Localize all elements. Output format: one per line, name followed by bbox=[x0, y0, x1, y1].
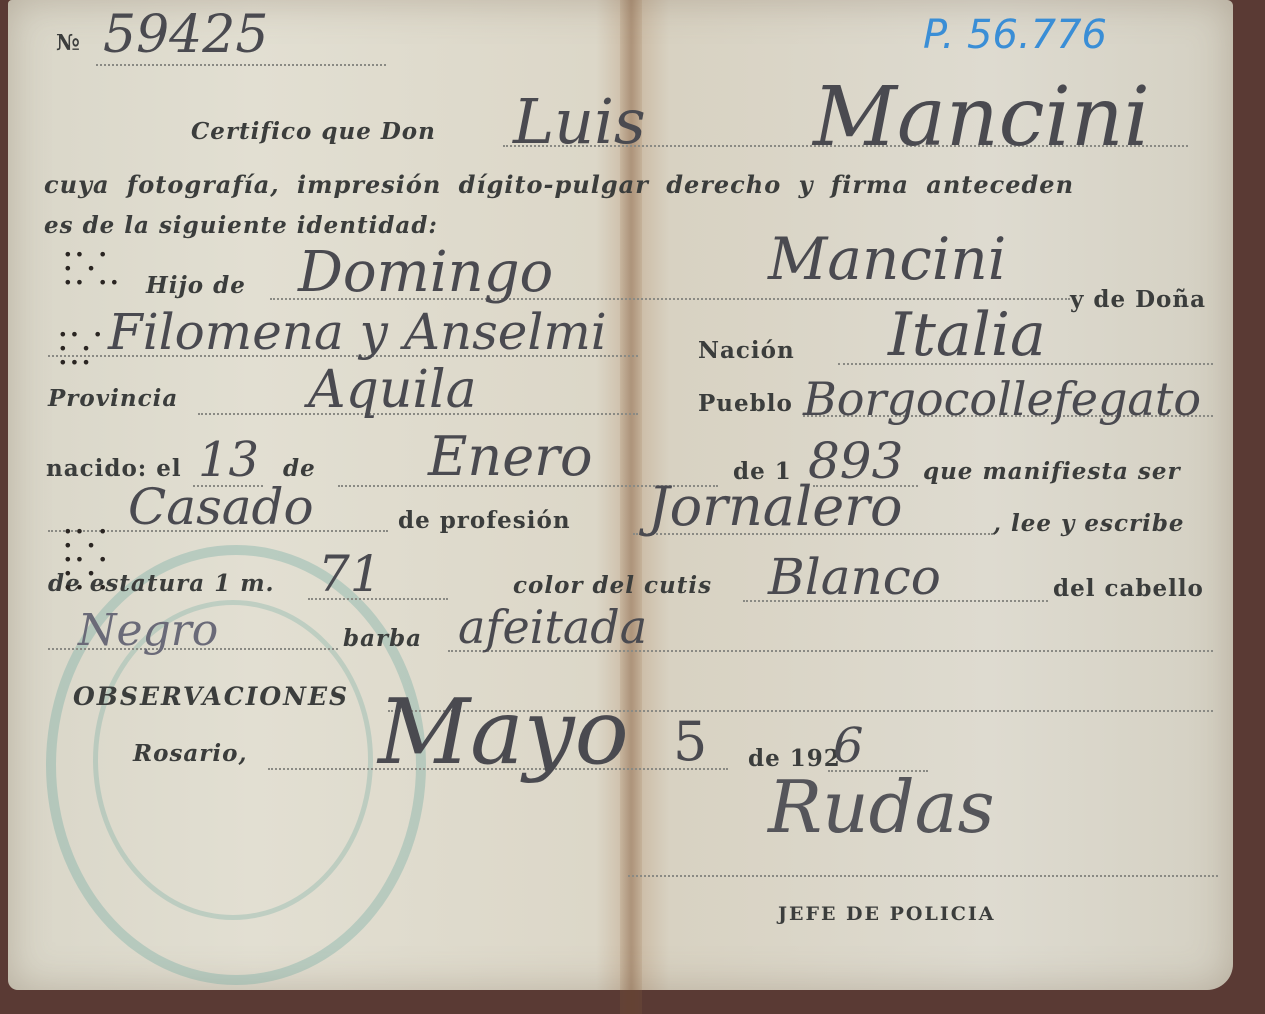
rosario-label: Rosario, bbox=[133, 740, 248, 767]
lee-escribe-label: , lee y escribe bbox=[993, 510, 1185, 537]
number-label: № bbox=[56, 30, 81, 56]
certifico-label: Certifico que Don bbox=[191, 118, 436, 145]
province-value: Aquila bbox=[308, 360, 477, 420]
color-cutis-label: color del cutis bbox=[513, 572, 712, 599]
civil-status: Casado bbox=[128, 478, 314, 536]
que-manifiesta-label: que manifiesta ser bbox=[923, 458, 1181, 485]
jefe-de-policia-label: JEFE DE POLICIA bbox=[778, 903, 995, 925]
hijo-de-label: Hijo de bbox=[146, 272, 246, 299]
cuya-line: cuya fotografía, impresión dígito-pulgar… bbox=[44, 170, 1074, 199]
chief-signature: Rudas bbox=[768, 765, 995, 849]
de-profesion-label: de profesión bbox=[398, 507, 571, 534]
certificate-number: 59425 bbox=[103, 5, 268, 65]
observaciones-label: OBSERVACIONES bbox=[73, 682, 349, 711]
height-value: 71 bbox=[318, 545, 382, 603]
surname: Mancini bbox=[813, 70, 1150, 165]
nacion-label: Nación bbox=[698, 337, 795, 364]
issue-day: 5 bbox=[673, 710, 707, 773]
pueblo-label: Pueblo bbox=[698, 390, 793, 417]
profession-value: Jornalero bbox=[648, 475, 903, 538]
nation-value: Italia bbox=[888, 300, 1046, 370]
birth-month: Enero bbox=[428, 425, 592, 488]
identidad-line: es de la siguiente identidad: bbox=[44, 212, 438, 239]
perforation-digit-3: •• •• ••• •• ••• • bbox=[63, 525, 110, 595]
first-name: Luis bbox=[513, 85, 646, 158]
identity-card: № 59425 P. 56.776 Certifico que Don Luis… bbox=[8, 0, 1233, 990]
issue-month: Mayo bbox=[378, 680, 629, 785]
perforation-digit-2: •• •• •••• bbox=[58, 328, 105, 370]
signature-line bbox=[628, 875, 1218, 877]
barba-label: barba bbox=[343, 625, 422, 652]
perforation-digit-1: •• •• ••• •• bbox=[63, 248, 121, 290]
father-surname: Mancini bbox=[768, 225, 1006, 293]
file-reference-stamp: P. 56.776 bbox=[923, 12, 1107, 58]
provincia-label: Provincia bbox=[48, 385, 178, 412]
hair-value: Negro bbox=[78, 605, 218, 656]
beard-value: afeitada bbox=[458, 600, 647, 654]
town-value: Borgocollefegato bbox=[803, 372, 1201, 426]
skin-value: Blanco bbox=[768, 548, 941, 606]
y-de-dona-label: y de Doña bbox=[1070, 286, 1206, 313]
mother-name: Filomena y Anselmi bbox=[108, 303, 607, 361]
cabello-label: del cabello bbox=[1053, 575, 1204, 602]
father-name: Domingo bbox=[298, 240, 553, 305]
